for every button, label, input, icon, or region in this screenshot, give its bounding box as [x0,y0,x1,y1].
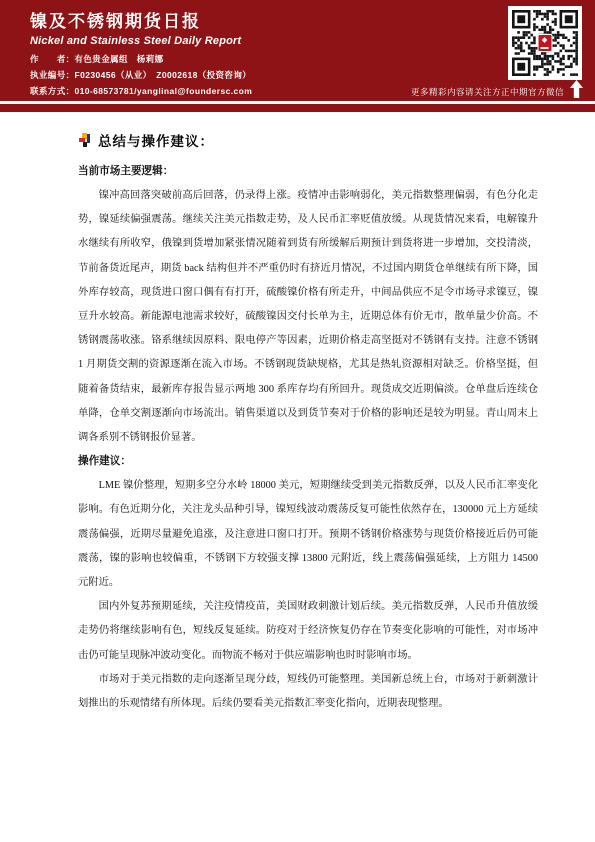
subheading-trade-advice: 操作建议： [78,450,538,474]
license-line: 执业编号：F0230456（从业） Z0002618（投资咨询） [30,69,251,81]
report-body: 总结与操作建议： 当前市场主要逻辑： 镍冲高回落突破前高后回落，仍录得上涨。疫情… [78,130,538,716]
section-header: 总结与操作建议： [79,130,538,150]
wechat-qr-code [508,6,582,80]
section-title: 总结与操作建议： [98,130,214,150]
wechat-note: 更多精彩内容请关注方正中期官方微信 [411,86,564,98]
paragraph-dollar-index: 市场对于美元指数的走向逐渐呈现分歧，短线仍可能整理。美国新总统上台，市场对于新刺… [78,668,538,716]
report-page: 镍及不锈钢期货日报 Nickel and Stainless Steel Dai… [0,0,595,842]
author-line: 作 者：有色贵金属组 杨莉娜 [30,53,164,65]
qr-center-logo-icon [538,34,553,52]
contact-line: 联系方式：010-68573781/yanglinal@foundersc.co… [30,85,252,97]
paragraph-market-logic: 镍冲高回落突破前高后回落，仍录得上涨。疫情冲击影响弱化，美元指数整理偏弱，有色分… [78,184,538,450]
section-bullet-icon [79,133,93,147]
report-header: 镍及不锈钢期货日报 Nickel and Stainless Steel Dai… [0,0,595,101]
report-subtitle-en: Nickel and Stainless Steel Daily Report [30,35,241,47]
paragraph-macro-outlook: 国内外复苏预期延续，关注疫情疫苗，美国财政刺激计划后续。美元指数反弹，人民币升值… [78,595,538,668]
subheading-market-logic: 当前市场主要逻辑： [78,160,538,184]
paragraph-trade-advice: LME 镍价整理，短期多空分水岭 18000 美元，短期继续受到美元指数反弹，以… [78,474,538,595]
up-arrow-icon [570,80,583,98]
report-title: 镍及不锈钢期货日报 [30,7,201,32]
header-bottom-strip [0,104,595,112]
